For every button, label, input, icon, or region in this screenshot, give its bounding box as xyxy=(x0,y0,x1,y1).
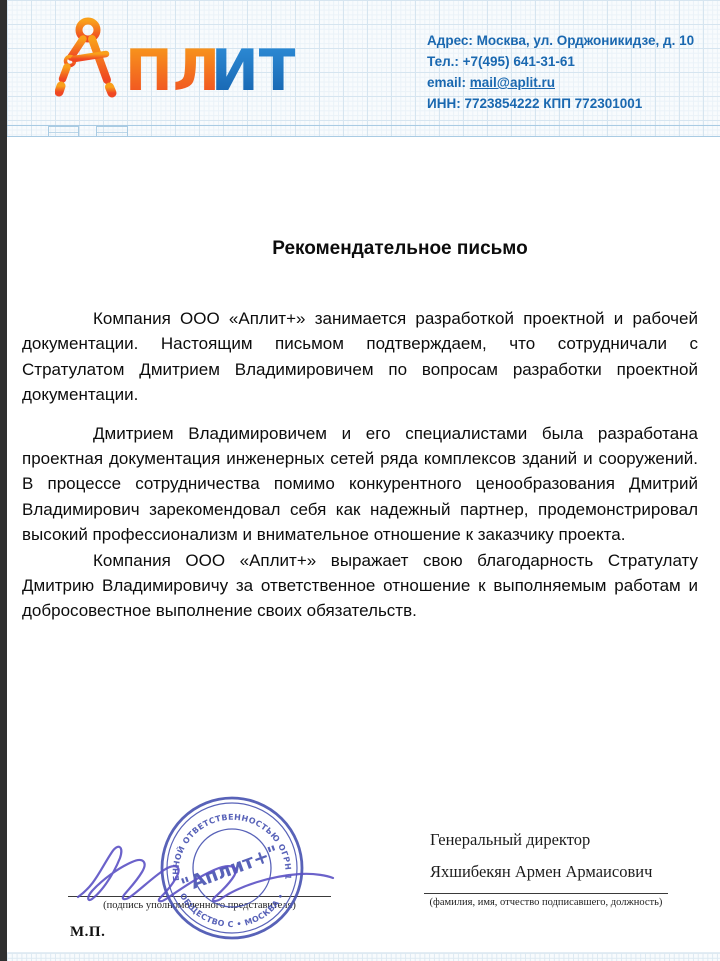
paragraph-3: Компания ООО «Аплит+» выражает свою благ… xyxy=(22,548,698,624)
logo-letters-blue: ИТ xyxy=(211,38,295,104)
drafting-compass-icon xyxy=(59,21,112,93)
email-label: email: xyxy=(427,75,470,90)
handwritten-signature-icon xyxy=(60,830,340,910)
contact-email-row: email: mail@aplit.ru xyxy=(427,72,717,93)
letterhead-cell xyxy=(48,126,79,137)
signer-role: Генеральный директор xyxy=(430,830,590,850)
letter-title: Рекомендательное письмо xyxy=(22,238,698,260)
letterhead-cell xyxy=(96,126,128,137)
contact-block: Адрес: Москва, ул. Орджоникидзе, д. 10 Т… xyxy=(427,30,717,114)
letter-page: ПЛ ИТ Адрес: Москва, ул. Орджоникидзе, д… xyxy=(0,0,720,961)
contact-phone: Тел.: +7(495) 641-31-61 xyxy=(427,51,717,72)
signature-caption-right: (фамилия, имя, отчество подписавшего, до… xyxy=(424,897,668,908)
signer-name: Яхшибекян Армен Армаисович xyxy=(430,862,652,882)
paragraph-2: Дмитрием Владимировичем и его специалист… xyxy=(22,421,698,548)
email-link[interactable]: mail@aplit.ru xyxy=(470,75,555,90)
signature-line-right xyxy=(424,893,668,894)
company-logo: ПЛ ИТ xyxy=(55,12,295,112)
stamp-place-abbr: М.П. xyxy=(70,924,105,941)
contact-address: Адрес: Москва, ул. Орджоникидзе, д. 10 xyxy=(427,30,717,51)
letterhead-bottom-band xyxy=(7,952,720,961)
paragraph-1: Компания ООО «Аплит+» занимается разрабо… xyxy=(22,306,698,408)
contact-tax-ids: ИНН: 7723854222 КПП 772301001 xyxy=(427,93,717,114)
left-edge-strip xyxy=(0,0,7,961)
logo-letters-orange: ПЛ xyxy=(125,38,220,104)
letter-body: Компания ООО «Аплит+» занимается разрабо… xyxy=(22,306,698,624)
